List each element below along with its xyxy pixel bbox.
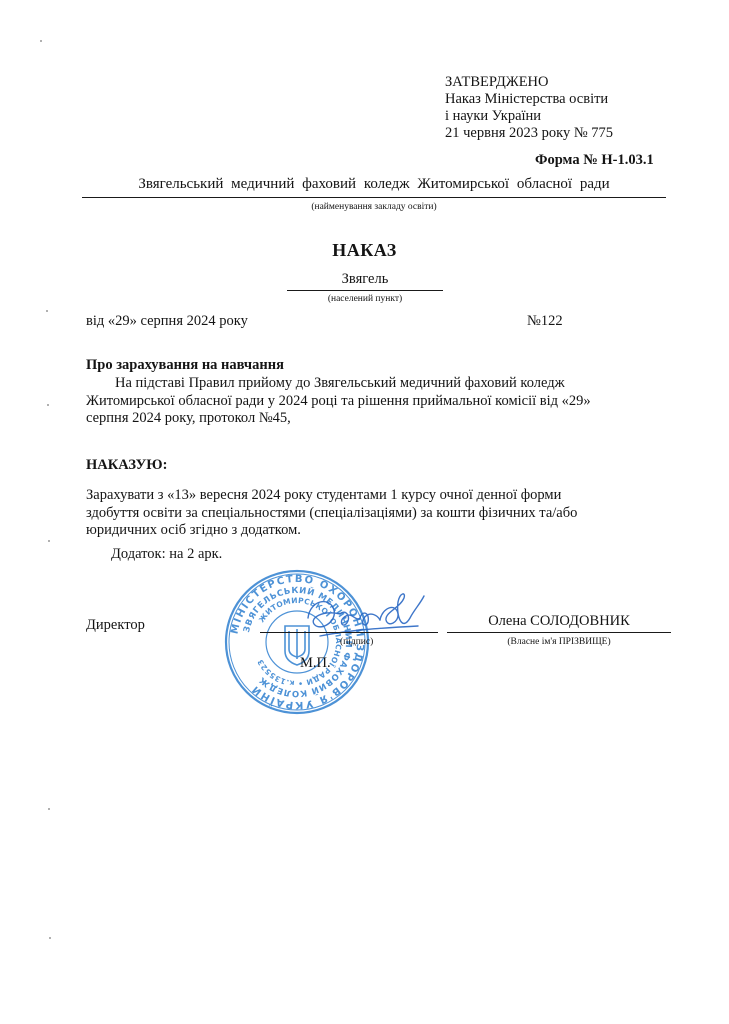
institution-name: Звягельський медичний фаховий коледж Жит… [82, 176, 666, 193]
scan-speck [46, 310, 48, 312]
order-subject: Про зарахування на навчання [86, 357, 284, 374]
order-line-3: юридичних осіб згідно з додатком. [86, 522, 577, 540]
basis-paragraph: На підставі Правил прийому до Звягельськ… [86, 375, 591, 428]
order-body: Зарахувати з «13» вересня 2024 року студ… [86, 487, 577, 540]
order-number: №122 [527, 313, 563, 330]
approval-line-4: 21 червня 2023 року № 775 [445, 125, 613, 142]
approval-line-2: Наказ Міністерства освіти [445, 91, 613, 108]
order-line-2: здобуття освіти за спеціальностями (спец… [86, 505, 577, 523]
seal-label: М.П. [300, 655, 331, 672]
scan-speck [48, 808, 50, 810]
approval-block: ЗАТВЕРДЖЕНО Наказ Міністерства освіти і … [445, 74, 613, 142]
scan-speck [47, 404, 49, 406]
scan-speck [48, 540, 50, 542]
scan-speck [40, 40, 42, 42]
order-line-1: Зарахувати з «13» вересня 2024 року студ… [86, 487, 577, 505]
basis-line-1: На підставі Правил прийому до Звягельськ… [86, 375, 591, 393]
form-number: Форма № Н-1.03.1 [535, 152, 654, 169]
signer-name: Олена СОЛОДОВНИК [447, 613, 671, 630]
approval-line-1: ЗАТВЕРДЖЕНО [445, 74, 613, 91]
place-name: Звягель [287, 271, 443, 288]
annex-note: Додаток: на 2 арк. [111, 546, 222, 563]
institution-caption: (найменування закладу освіти) [82, 202, 666, 212]
place-underline [287, 290, 443, 291]
basis-line-3: серпня 2024 року, протокол №45, [86, 410, 591, 428]
document-title: НАКАЗ [0, 240, 729, 261]
signature-caption: (підпис) [340, 637, 373, 647]
name-line [447, 632, 671, 633]
institution-underline [82, 197, 666, 198]
name-caption: (Власне ім'я ПРІЗВИЩЕ) [447, 637, 671, 647]
basis-line-2: Житомирської обласної ради у 2024 році т… [86, 393, 591, 411]
signature-line [260, 632, 438, 633]
signer-position: Директор [86, 617, 145, 634]
order-date: від «29» серпня 2024 року [86, 313, 248, 330]
order-heading: НАКАЗУЮ: [86, 457, 167, 474]
approval-line-3: і науки України [445, 108, 613, 125]
place-caption: (населений пункт) [287, 294, 443, 304]
scan-speck [49, 937, 51, 939]
